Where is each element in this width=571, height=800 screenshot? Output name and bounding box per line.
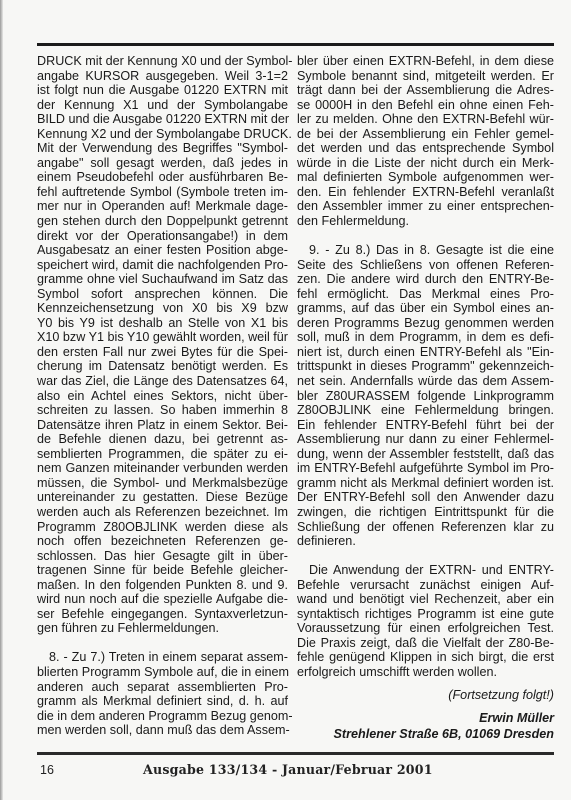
text-line: cherung im Datensatz benötigt werden. Es xyxy=(37,359,288,374)
text-line: den ersten Fall nur zwei Bytes für die S… xyxy=(37,345,288,360)
text-line: Datensätze ihren Platz in einem Sektor. … xyxy=(37,418,288,433)
text-line: Assemblierung nur dann zu einer Fehlerme… xyxy=(297,432,554,447)
text-line: de bei der Assemblierung ein Fehler geme… xyxy=(297,127,554,142)
author-address: Strehlener Straße 6B, 01069 Dresden xyxy=(297,727,554,742)
text-line: net sein. Andernfalls würde das dem Asse… xyxy=(297,374,554,389)
text-line: gen führen zu Fehlermeldungen. xyxy=(37,621,288,636)
text-line: Y0 bis Y9 ist deshalb an Stelle von X1 b… xyxy=(37,316,288,331)
paragraph-closing: Die Anwendung der EXTRN- und ENTRY- Befe… xyxy=(297,563,554,679)
text-line: zwingen, die richtigen Eintrittspunkt fü… xyxy=(297,505,554,520)
text-line: fehl ermöglicht. Das Merkmal eines Pro- xyxy=(297,287,554,302)
paragraph-gap xyxy=(297,702,554,711)
text-line: müssen, die Symbol- und Merkmalsbezüge xyxy=(37,476,288,491)
text-line: deren Programms Bezug genommen werden xyxy=(297,316,554,331)
text-line: den Assembler immer zu einer entsprechen… xyxy=(297,199,554,214)
text-line: Seite des Schließens von offenen Referen… xyxy=(297,258,554,273)
text-line: gen stehen durch den Doppelpunkt getrenn… xyxy=(37,214,288,229)
text-line: gramme ohne viel Suchaufwand im Satz das xyxy=(37,272,288,287)
text-line: de Befehle dienen dazu, bei getrennt as- xyxy=(37,432,288,447)
text-line: einem Pseudobefehl oder ausführbaren Be- xyxy=(37,170,288,185)
text-line: men werden soll, dann muß das dem Assem- xyxy=(37,723,288,738)
paragraph-point-8-continued: bler über einen EXTRN-Befehl, in dem die… xyxy=(297,54,554,229)
paragraph-continued: DRUCK mit der Kennung X0 und der Symbol-… xyxy=(37,54,288,636)
paragraph-gap xyxy=(297,680,554,688)
text-line: fehle genügend Klippen in sich birgt, di… xyxy=(297,650,554,665)
text-line: Kennung X2 und der Symbolangabe DRUCK. xyxy=(37,127,288,142)
text-line: Die Praxis zeigt, daß die Vielfalt der Z… xyxy=(297,636,554,651)
text-line: Ein fehlender ENTRY-Befehl führt bei der xyxy=(297,418,554,433)
text-line: ser Befehle eingegangen. Syntaxverletzun… xyxy=(37,607,288,622)
text-line: syntaktisch richtiges Programm ist eine … xyxy=(297,607,554,622)
text-line: DRUCK mit der Kennung X0 und der Symbol- xyxy=(37,54,288,69)
footer-rule xyxy=(37,752,554,755)
text-line: gramms, auf das über ein Symbol eines an… xyxy=(297,301,554,316)
text-line: schlossen. Das hier Gesagte gilt in über… xyxy=(37,549,288,564)
text-line: blierten Programm Symbole auf, die in ei… xyxy=(37,665,288,680)
header-rule xyxy=(37,43,554,46)
text-line: trägt dann bei der Assemblierung die Adr… xyxy=(297,83,554,98)
text-line: zen. Die andere wird durch den ENTRY-Be- xyxy=(297,272,554,287)
text-line: nem Ganzen miteinander verbunden werden xyxy=(37,461,288,476)
text-line: Voraussetzung für einen erfolgreichen Te… xyxy=(297,621,554,636)
text-line: im ENTRY-Befehl aufgeführte Symbol im Pr… xyxy=(297,461,554,476)
text-line: X10 bzw Y1 bis Y10 gewählt worden, weil … xyxy=(37,330,288,345)
page-number: 16 xyxy=(40,763,54,777)
text-line: ist folgt nun die Ausgabe 01220 EXTRN mi… xyxy=(37,83,288,98)
text-line: ler zu melden. Ohne den EXTRN-Befehl wür… xyxy=(297,112,554,127)
paragraph-gap xyxy=(297,229,554,244)
text-line: gramm als Merkmal definiert sind, d. h. … xyxy=(37,694,288,709)
text-line: erfolgreich umschifft werden wollen. xyxy=(297,665,554,680)
text-line: mer nur in Operanden auf! Merkmale dage- xyxy=(37,199,288,214)
paragraph-point-8: 8. - Zu 7.) Treten in einem separat asse… xyxy=(37,650,288,737)
text-line: direkt vor der Operationsangabe!) in dem xyxy=(37,229,288,244)
text-line: Symbole benannt sind, mitgeteilt werden.… xyxy=(297,69,554,84)
text-line: 8. - Zu 7.) Treten in einem separat asse… xyxy=(37,650,288,665)
text-line: noch offen bezeichneten Referenzen ge- xyxy=(37,534,288,549)
text-line: angabe KURSOR ausgegeben. Weil 3-1=2 xyxy=(37,69,288,84)
text-line: mal definierten Symbole aufgenommen wer- xyxy=(297,170,554,185)
text-line: gramm nicht als Merkmal definiert worden… xyxy=(297,476,554,491)
text-line: den. Ein fehlender EXTRN-Befehl veranlaß… xyxy=(297,185,554,200)
issue-label: Ausgabe 133/134 - Januar/Februar 2001 xyxy=(143,762,433,777)
text-line: untereinander zu gestatten. Diese Bezüge xyxy=(37,490,288,505)
text-line: Programm Z80OBJLINK werden diese als xyxy=(37,520,288,535)
text-line: bler über einen EXTRN-Befehl, in dem die… xyxy=(297,54,554,69)
text-line: speichert wird, damit die nachfolgenden … xyxy=(37,258,288,273)
text-line: schreiten zu lassen. So haben immerhin 8 xyxy=(37,403,288,418)
paragraph-point-9: 9. - Zu 8.) Das in 8. Gesagte ist die ei… xyxy=(297,243,554,548)
text-line: würde in die Liste der nicht durch ein M… xyxy=(297,156,554,171)
text-line: Schließung der offenen Referenzen klar z… xyxy=(297,520,554,535)
text-line: die in dem anderen Programm Bezug genom- xyxy=(37,709,288,724)
text-line: BILD und die Ausgabe 01220 EXTRN mit der xyxy=(37,112,288,127)
text-line: Die Anwendung der EXTRN- und ENTRY- xyxy=(297,563,554,578)
text-line: der Kennung X1 und der Symbolangabe xyxy=(37,98,288,113)
text-line: Der ENTRY-Befehl soll den Anwender dazu xyxy=(297,490,554,505)
text-line: also ein Achtel eines Sektors, nicht übe… xyxy=(37,389,288,404)
right-column: bler über einen EXTRN-Befehl, in dem die… xyxy=(297,54,554,741)
text-line: wird nun noch auf die spezielle Aufgabe … xyxy=(37,592,288,607)
text-line: tragenen Sinne für beide Befehle gleiche… xyxy=(37,563,288,578)
text-line: semblierten Programmen, die später zu ei… xyxy=(37,447,288,462)
text-line: Z80OBJLINK eine Fehlermeldung bringen. xyxy=(297,403,554,418)
text-line: dung, wenn der Assembler feststellt, daß… xyxy=(297,447,554,462)
text-line: Mit der Verwendung des Begriffes "Symbol… xyxy=(37,141,288,156)
text-line: det werden und das entsprechende Symbol xyxy=(297,141,554,156)
text-line: anderen auch separat assemblierten Pro- xyxy=(37,680,288,695)
text-line: war das Ziel, die Länge des Datensatzes … xyxy=(37,374,288,389)
paragraph-gap xyxy=(297,549,554,564)
text-line: fehl auftretende Symbol (Symbole treten … xyxy=(37,185,288,200)
paragraph-gap xyxy=(37,636,288,651)
text-line: 9. - Zu 8.) Das in 8. Gesagte ist die ei… xyxy=(297,243,554,258)
text-line: bler Z80URASSEM folgende Linkprogramm xyxy=(297,389,554,404)
text-line: Symbol sofort ansprechen können. Die xyxy=(37,287,288,302)
page-edge-shadow xyxy=(0,0,3,800)
text-line: Kennzeichensetzung von X0 bis X9 bzw xyxy=(37,301,288,316)
text-line: niert ist, durch einen ENTRY-Befehl als … xyxy=(297,345,554,360)
text-line: angabe" soll gesagt werden, daß jedes in xyxy=(37,156,288,171)
text-line: se 0000H in den Befehl ein ohne einen Fe… xyxy=(297,98,554,113)
text-line: Befehle verursacht zunächst einigen Auf- xyxy=(297,578,554,593)
author-name: Erwin Müller xyxy=(297,711,554,726)
text-line: den Fehlermeldung. xyxy=(297,214,554,229)
text-line: werden auch als Referenzen bezeichnet. I… xyxy=(37,505,288,520)
text-line: trittspunkt in dieses Programm" gekennze… xyxy=(297,359,554,374)
text-line: wand und benötigt viel Rechenzeit, aber … xyxy=(297,592,554,607)
continuation-note: (Fortsetzung folgt!) xyxy=(297,688,554,703)
text-line: soll, muß in dem Programm, in dem es def… xyxy=(297,330,554,345)
text-line: definieren. xyxy=(297,534,554,549)
text-line: maßen. In den folgenden Punkten 8. und 9… xyxy=(37,578,288,593)
left-column: DRUCK mit der Kennung X0 und der Symbol-… xyxy=(37,54,288,738)
text-line: Ausgabesatz an einer festen Position abg… xyxy=(37,243,288,258)
